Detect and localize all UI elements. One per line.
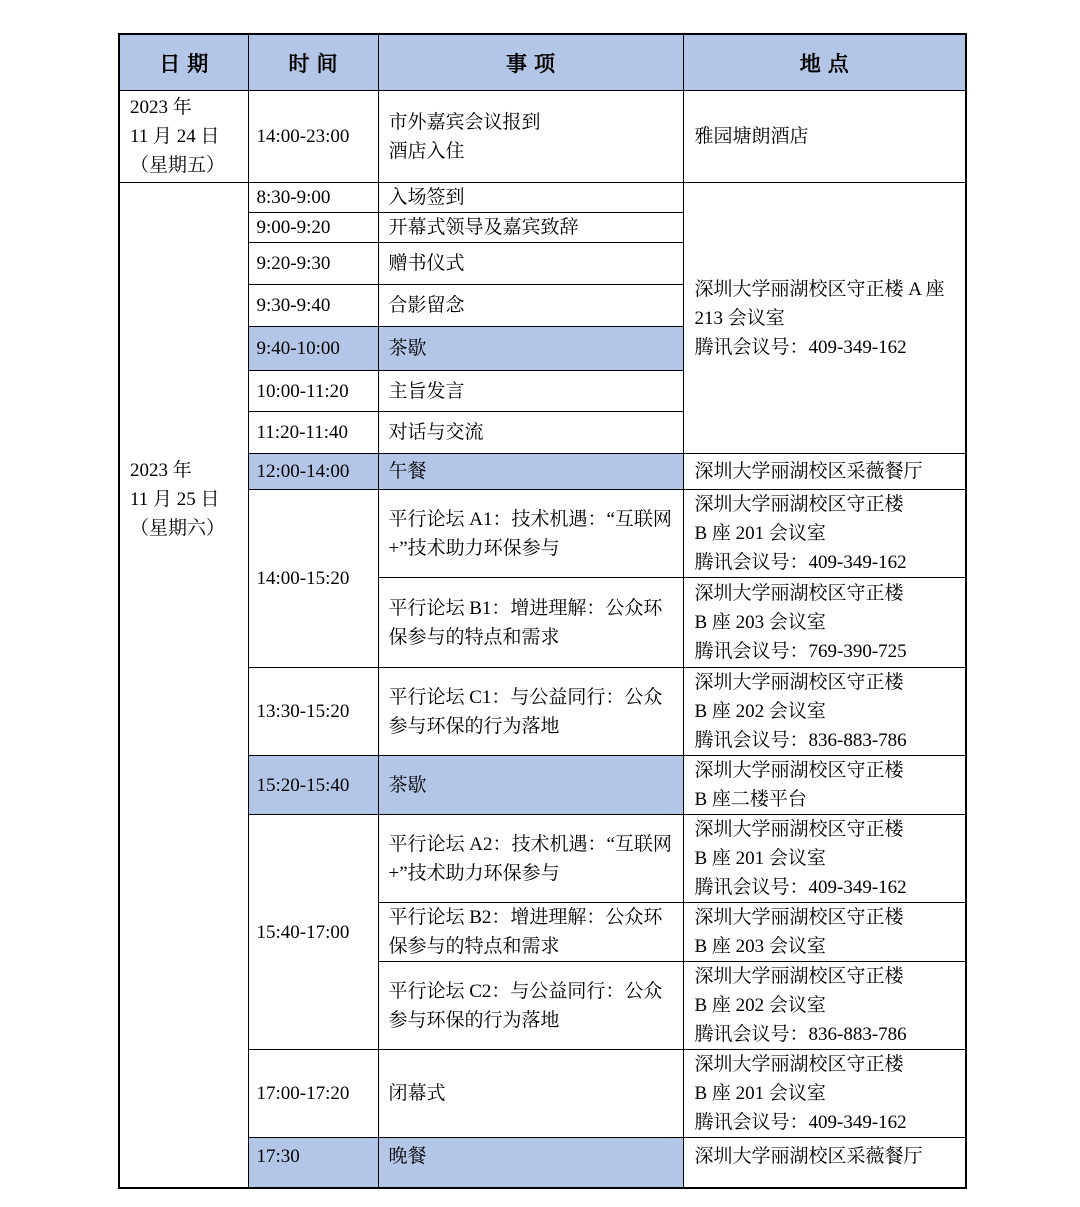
event-cell: 主旨发言 (378, 371, 683, 412)
header-row: 日期 时间 事项 地点 (119, 34, 966, 91)
text-line: 14:00-23:00 (257, 122, 378, 151)
text-line: 午餐 (389, 457, 681, 486)
text-line: 11 月 24 日 (130, 122, 248, 151)
event-cell: 合影留念 (378, 285, 683, 327)
time-cell: 15:40-17:00 (248, 815, 378, 1050)
event-cell: 平行论坛 B2：增进理解：公众环保参与的特点和需求 (378, 903, 683, 962)
text-line: 茶歇 (389, 334, 681, 363)
text-line: （星期五） (130, 151, 248, 180)
text-line: 赠书仪式 (389, 249, 681, 278)
text-line: （星期六） (130, 514, 248, 543)
event-cell: 平行论坛 A2：技术机遇：“互联网+”技术助力环保参与 (378, 815, 683, 903)
time-cell: 14:00-15:20 (248, 490, 378, 668)
location-cell: 深圳大学丽湖校区守正楼B 座 202 会议室腾讯会议号：836-883-786 (683, 962, 966, 1050)
time-cell: 11:20-11:40 (248, 412, 378, 454)
event-cell: 闭幕式 (378, 1050, 683, 1138)
event-cell: 市外嘉宾会议报到酒店入住 (378, 91, 683, 183)
text-line: 深圳大学丽湖校区守正楼 (695, 668, 965, 697)
time-cell: 15:20-15:40 (248, 756, 378, 815)
time-cell: 9:20-9:30 (248, 243, 378, 285)
time-cell: 14:00-23:00 (248, 91, 378, 183)
text-line: 入场签到 (389, 183, 681, 212)
text-line: 深圳大学丽湖校区守正楼 (695, 490, 965, 519)
event-cell: 平行论坛 C1：与公益同行：公众参与环保的行为落地 (378, 668, 683, 756)
text-line: 腾讯会议号：409-349-162 (695, 548, 965, 577)
text-line: 深圳大学丽湖校区守正楼 (695, 756, 965, 785)
time-cell: 8:30-9:00 (248, 183, 378, 213)
event-cell: 平行论坛 A1：技术机遇：“互联网+”技术助力环保参与 (378, 490, 683, 578)
table-row: 2023 年11 月 24 日（星期五）14:00-23:00市外嘉宾会议报到酒… (119, 91, 966, 183)
time-cell: 9:00-9:20 (248, 213, 378, 243)
text-line: 闭幕式 (389, 1079, 681, 1108)
text-line: 15:40-17:00 (257, 918, 378, 947)
location-cell: 深圳大学丽湖校区守正楼B 座 203 会议室 (683, 903, 966, 962)
text-line: 9:30-9:40 (257, 291, 378, 320)
text-line: 对话与交流 (389, 418, 681, 447)
text-line: B 座 203 会议室 (695, 932, 965, 961)
text-line: 深圳大学丽湖校区守正楼 (695, 579, 965, 608)
text-line: 腾讯会议号：409-349-162 (695, 333, 965, 362)
text-line: 15:20-15:40 (257, 771, 378, 800)
location-cell: 深圳大学丽湖校区守正楼B 座二楼平台 (683, 756, 966, 815)
location-cell: 深圳大学丽湖校区采薇餐厅 (683, 1138, 966, 1188)
event-cell: 对话与交流 (378, 412, 683, 454)
text-line: 9:20-9:30 (257, 249, 378, 278)
location-cell: 深圳大学丽湖校区守正楼B 座 201 会议室腾讯会议号：409-349-162 (683, 1050, 966, 1138)
time-cell: 9:30-9:40 (248, 285, 378, 327)
text-line: 11:20-11:40 (257, 418, 378, 447)
text-line: 深圳大学丽湖校区守正楼 (695, 815, 965, 844)
text-line: 开幕式领导及嘉宾致辞 (389, 213, 681, 242)
text-line: 深圳大学丽湖校区守正楼 A 座 (695, 275, 965, 304)
text-line: B 座 202 会议室 (695, 697, 965, 726)
text-line: 雅园塘朗酒店 (695, 122, 965, 151)
text-line: 平行论坛 A2：技术机遇：“互联网+”技术助力环保参与 (389, 830, 681, 888)
text-line: 腾讯会议号：409-349-162 (695, 873, 965, 902)
text-line: 13:30-15:20 (257, 697, 378, 726)
header-event: 事项 (378, 34, 683, 91)
location-cell: 雅园塘朗酒店 (683, 91, 966, 183)
text-line: 14:00-15:20 (257, 564, 378, 593)
text-line: B 座 202 会议室 (695, 991, 965, 1020)
text-line: 2023 年 (130, 93, 248, 122)
text-line: 腾讯会议号：836-883-786 (695, 726, 965, 755)
text-line: 晚餐 (389, 1142, 681, 1171)
text-line: 深圳大学丽湖校区守正楼 (695, 903, 965, 932)
text-line: 8:30-9:00 (257, 183, 378, 212)
text-line: 213 会议室 (695, 304, 965, 333)
text-line: 腾讯会议号：409-349-162 (695, 1108, 965, 1137)
text-line: B 座二楼平台 (695, 785, 965, 814)
time-cell: 17:30 (248, 1138, 378, 1188)
event-cell: 茶歇 (378, 756, 683, 815)
text-line: B 座 201 会议室 (695, 844, 965, 873)
text-line: 9:00-9:20 (257, 213, 378, 242)
text-line: 平行论坛 C1：与公益同行：公众参与环保的行为落地 (389, 683, 681, 741)
header-date: 日期 (119, 34, 248, 91)
time-cell: 9:40-10:00 (248, 327, 378, 371)
text-line: 11 月 25 日 (130, 485, 248, 514)
header-time: 时间 (248, 34, 378, 91)
text-line: 市外嘉宾会议报到 (389, 108, 681, 137)
text-line: B 座 201 会议室 (695, 519, 965, 548)
text-line: 深圳大学丽湖校区守正楼 (695, 962, 965, 991)
location-cell: 深圳大学丽湖校区采薇餐厅 (683, 454, 966, 490)
event-cell: 平行论坛 B1：增进理解：公众环保参与的特点和需求 (378, 578, 683, 668)
location-cell: 深圳大学丽湖校区守正楼 A 座213 会议室腾讯会议号：409-349-162 (683, 183, 966, 454)
event-cell: 午餐 (378, 454, 683, 490)
event-cell: 赠书仪式 (378, 243, 683, 285)
header-location: 地点 (683, 34, 966, 91)
location-cell: 深圳大学丽湖校区守正楼B 座 202 会议室腾讯会议号：836-883-786 (683, 668, 966, 756)
text-line: 12:00-14:00 (257, 457, 378, 486)
text-line: 茶歇 (389, 771, 681, 800)
date-cell: 2023 年11 月 25 日（星期六） (119, 183, 248, 1188)
time-cell: 13:30-15:20 (248, 668, 378, 756)
text-line: 主旨发言 (389, 377, 681, 406)
text-line: 腾讯会议号：836-883-786 (695, 1020, 965, 1049)
location-cell: 深圳大学丽湖校区守正楼B 座 201 会议室腾讯会议号：409-349-162 (683, 815, 966, 903)
schedule-body: 2023 年11 月 24 日（星期五）14:00-23:00市外嘉宾会议报到酒… (119, 91, 966, 1188)
text-line: 平行论坛 B2：增进理解：公众环保参与的特点和需求 (389, 903, 681, 961)
schedule-table: 日期 时间 事项 地点 2023 年11 月 24 日（星期五）14:00-23… (118, 33, 967, 1189)
event-cell: 入场签到 (378, 183, 683, 213)
text-line: 深圳大学丽湖校区守正楼 (695, 1050, 965, 1079)
location-cell: 深圳大学丽湖校区守正楼B 座 201 会议室腾讯会议号：409-349-162 (683, 490, 966, 578)
text-line: 2023 年 (130, 456, 248, 485)
text-line: 平行论坛 A1：技术机遇：“互联网+”技术助力环保参与 (389, 505, 681, 563)
text-line: 9:40-10:00 (257, 334, 378, 363)
time-cell: 10:00-11:20 (248, 371, 378, 412)
text-line: 腾讯会议号：769-390-725 (695, 637, 965, 666)
text-line: 合影留念 (389, 291, 681, 320)
text-line: 10:00-11:20 (257, 377, 378, 406)
text-line: 17:00-17:20 (257, 1079, 378, 1108)
text-line: 深圳大学丽湖校区采薇餐厅 (695, 457, 965, 486)
time-cell: 17:00-17:20 (248, 1050, 378, 1138)
text-line: 酒店入住 (389, 137, 681, 166)
event-cell: 平行论坛 C2：与公益同行：公众参与环保的行为落地 (378, 962, 683, 1050)
time-cell: 12:00-14:00 (248, 454, 378, 490)
event-cell: 开幕式领导及嘉宾致辞 (378, 213, 683, 243)
location-cell: 深圳大学丽湖校区守正楼B 座 203 会议室腾讯会议号：769-390-725 (683, 578, 966, 668)
table-row: 2023 年11 月 25 日（星期六）8:30-9:00入场签到深圳大学丽湖校… (119, 183, 966, 213)
text-line: 平行论坛 C2：与公益同行：公众参与环保的行为落地 (389, 977, 681, 1035)
text-line: 平行论坛 B1：增进理解：公众环保参与的特点和需求 (389, 594, 681, 652)
text-line: 17:30 (257, 1142, 378, 1171)
text-line: B 座 203 会议室 (695, 608, 965, 637)
date-cell: 2023 年11 月 24 日（星期五） (119, 91, 248, 183)
event-cell: 晚餐 (378, 1138, 683, 1188)
text-line: 深圳大学丽湖校区采薇餐厅 (695, 1142, 965, 1171)
event-cell: 茶歇 (378, 327, 683, 371)
text-line: B 座 201 会议室 (695, 1079, 965, 1108)
